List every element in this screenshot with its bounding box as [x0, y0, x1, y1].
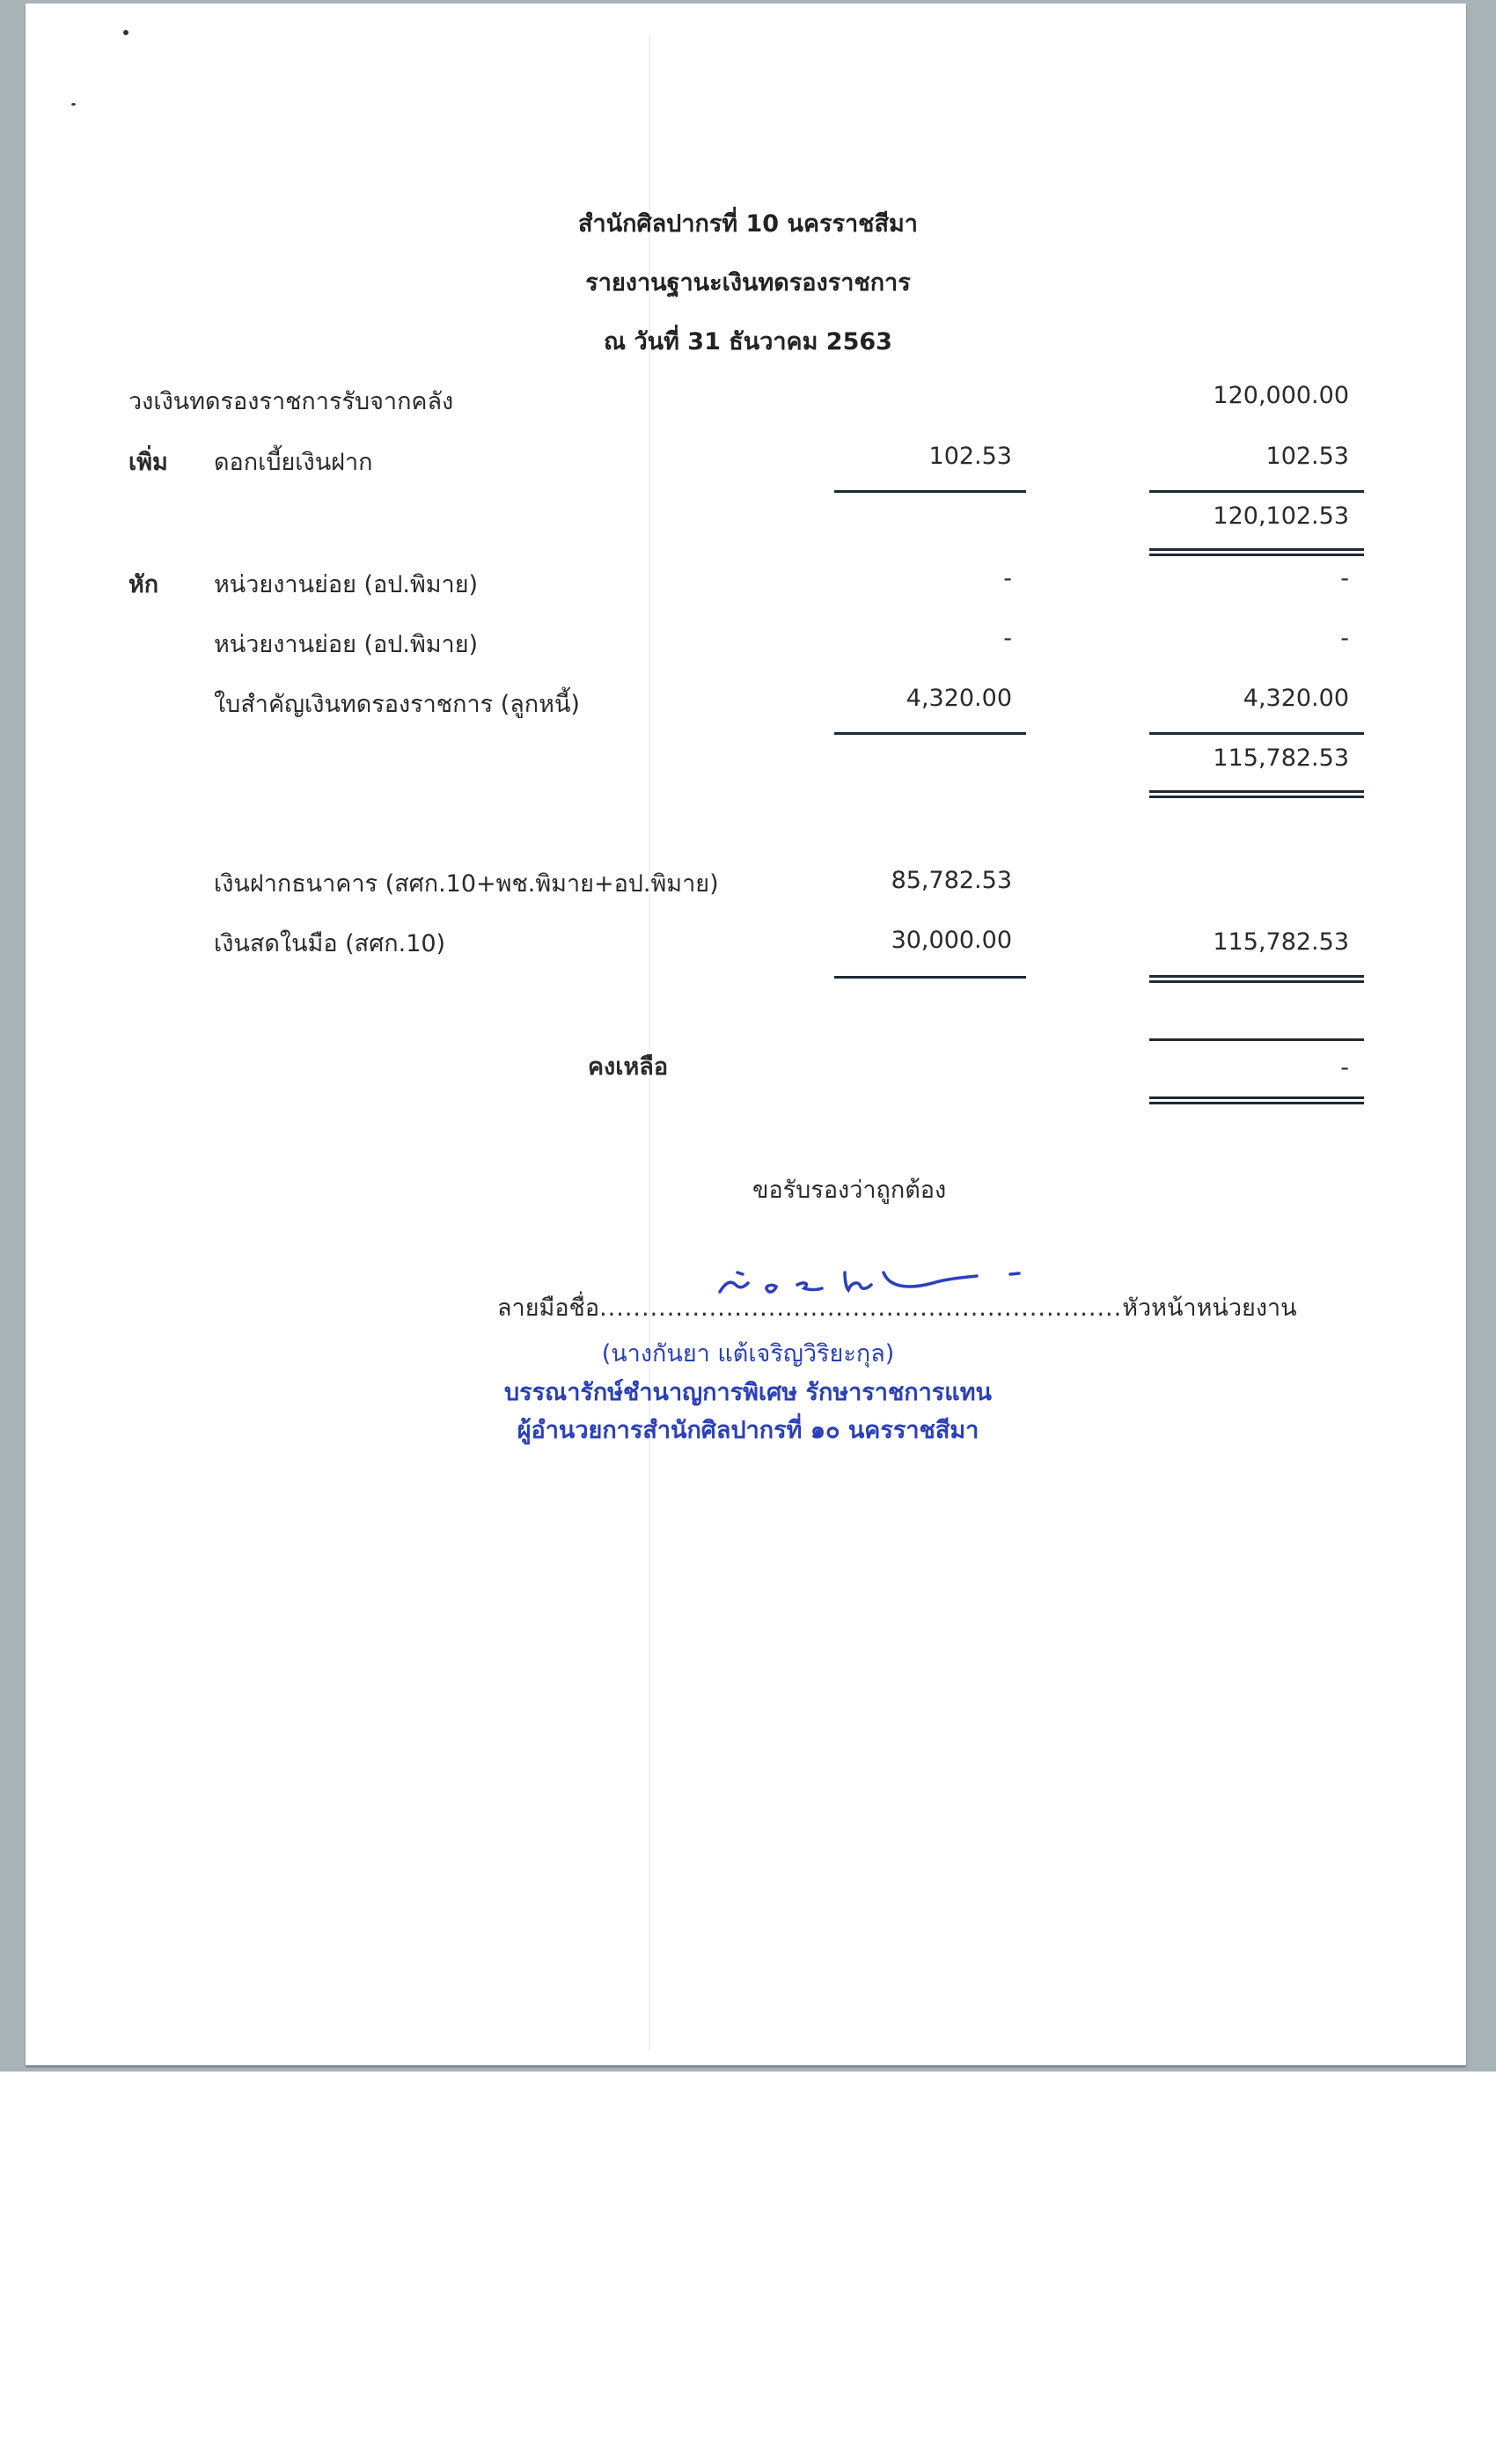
underline	[834, 732, 1026, 735]
scan-speck	[71, 103, 76, 106]
certification-statement: ขอรับรองว่าถูกต้อง	[752, 1170, 946, 1208]
report-date: ณ วันที่ 31 ธันวาคม 2563	[0, 322, 1496, 360]
deduct-item-total: -	[1144, 565, 1349, 592]
double-underline	[1149, 790, 1364, 798]
deduct-item-total: 4,320.00	[1144, 685, 1349, 712]
interest-label: ดอกเบี้ยเงินฝาก	[214, 443, 372, 480]
document-page	[26, 4, 1466, 2065]
organization-title: สำนักศิลปากรที่ 10 นครราชสีมา	[0, 204, 1496, 242]
bank-deposit-label: เงินฝากธนาคาร (สศก.10+พช.พิมาย+อป.พิมาย)	[214, 864, 719, 902]
underline	[1149, 1038, 1364, 1041]
deduct-item-label: หน่วยงานย่อย (อป.พิมาย)	[214, 565, 478, 603]
signature-line: ลายมือชื่อ..............................…	[497, 1288, 1297, 1326]
signer-name: (นางกันยา แต้เจริญวิริยะกุล)	[0, 1334, 1496, 1372]
interest-total: 102.53	[1144, 443, 1349, 470]
balance-total: -	[1144, 1054, 1349, 1082]
signer-office: ผู้อำนวยการสำนักศิลปากรที่ ๑๐ นครราชสีมา	[0, 1411, 1496, 1448]
deduct-item-label: หน่วยงานย่อย (อป.พิมาย)	[214, 625, 478, 663]
double-underline	[1149, 1096, 1364, 1104]
interest-amount: 102.53	[836, 443, 1012, 470]
double-underline	[1149, 975, 1364, 983]
report-title: รายงานฐานะเงินทดรองราชการ	[0, 263, 1496, 301]
cash-total: 115,782.53	[1144, 928, 1349, 956]
scan-speck	[123, 30, 128, 35]
cash-on-hand-amount: 30,000.00	[836, 927, 1012, 954]
underline	[1149, 490, 1364, 493]
deduct-item-label: ใบสำคัญเงินทดรองราชการ (ลูกหนี้)	[214, 685, 580, 722]
underline	[1149, 732, 1364, 735]
deduct-prefix: หัก	[128, 565, 158, 603]
signature-suffix: หัวหน้าหน่วยงาน	[1122, 1294, 1296, 1322]
signature-dots: ........................................…	[599, 1294, 1122, 1322]
signature-prefix: ลายมือชื่อ	[497, 1294, 599, 1322]
deduct-item-amount: -	[836, 565, 1012, 592]
deduct-item-amount: 4,320.00	[836, 685, 1012, 712]
advance-from-treasury-total: 120,000.00	[1144, 382, 1349, 409]
deduct-item-amount: -	[836, 625, 1012, 652]
deduct-item-total: -	[1144, 625, 1349, 652]
bank-deposit-amount: 85,782.53	[836, 867, 1012, 894]
cash-on-hand-label: เงินสดในมือ (สศก.10)	[214, 924, 445, 962]
underline	[834, 976, 1026, 979]
add-prefix: เพิ่ม	[128, 443, 168, 480]
double-underline	[1149, 548, 1364, 556]
signer-position: บรรณารักษ์ชำนาญการพิเศษ รักษาราชการแทน	[0, 1373, 1496, 1411]
advance-from-treasury-label: วงเงินทดรองราชการรับจากคลัง	[128, 382, 453, 420]
subtotal-after-deduct: 115,782.53	[1144, 744, 1349, 772]
subtotal-after-add: 120,102.53	[1144, 502, 1349, 530]
underline	[834, 490, 1026, 493]
balance-label: คงเหลือ	[588, 1047, 668, 1085]
